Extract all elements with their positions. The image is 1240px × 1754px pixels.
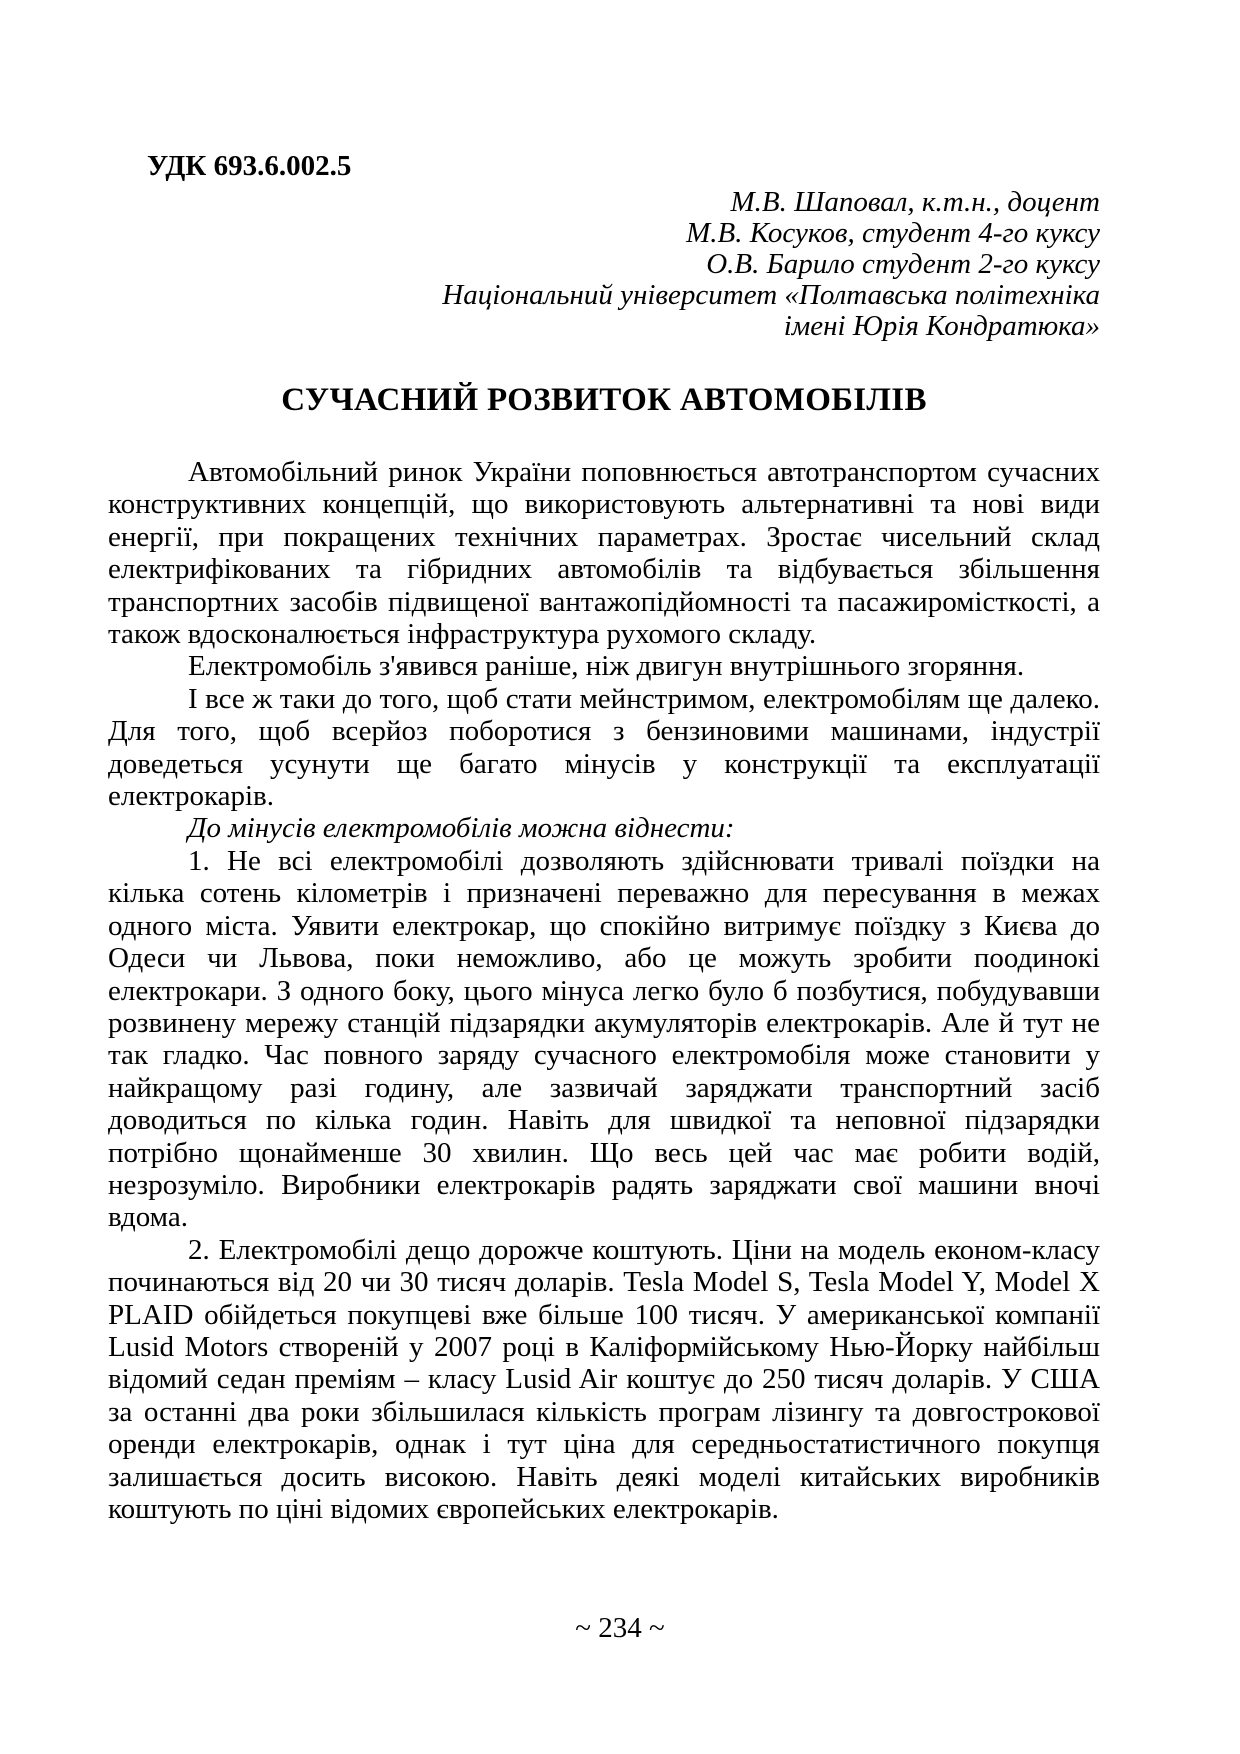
author-block: М.В. Шаповал, к.т.н., доцентМ.В. Косуков… xyxy=(108,187,1100,342)
author-line: О.В. Барило студент 2-го куксу xyxy=(108,249,1100,280)
author-line: М.В. Косуков, студент 4-го куксу xyxy=(108,218,1100,249)
document-page: УДК 693.6.002.5 М.В. Шаповал, к.т.н., до… xyxy=(0,0,1240,1754)
body-paragraph: Автомобільний ринок України поповнюється… xyxy=(108,456,1100,650)
udc-code: УДК 693.6.002.5 xyxy=(147,150,1100,183)
article-body: Автомобільний ринок України поповнюється… xyxy=(108,456,1100,1525)
author-line: Національний університет «Полтавська пол… xyxy=(108,280,1100,311)
page-number: ~ 234 ~ xyxy=(0,1612,1240,1645)
paper-title: СУЧАСНИЙ РОЗВИТОК АВТОМОБІЛІВ xyxy=(108,380,1100,420)
body-paragraph: 2. Електромобілі дещо дорожче коштують. … xyxy=(108,1234,1100,1526)
author-line: імені Юрія Кондратюка» xyxy=(108,311,1100,342)
body-paragraph: До мінусів електромобілів можна віднести… xyxy=(108,812,1100,844)
body-paragraph: Електромобіль з'явився раніше, ніж двигу… xyxy=(108,650,1100,682)
author-line: М.В. Шаповал, к.т.н., доцент xyxy=(108,187,1100,218)
body-paragraph: 1. Не всі електромобілі дозволяють здійс… xyxy=(108,845,1100,1234)
body-paragraph: І все ж таки до того, щоб стати мейнстри… xyxy=(108,683,1100,813)
